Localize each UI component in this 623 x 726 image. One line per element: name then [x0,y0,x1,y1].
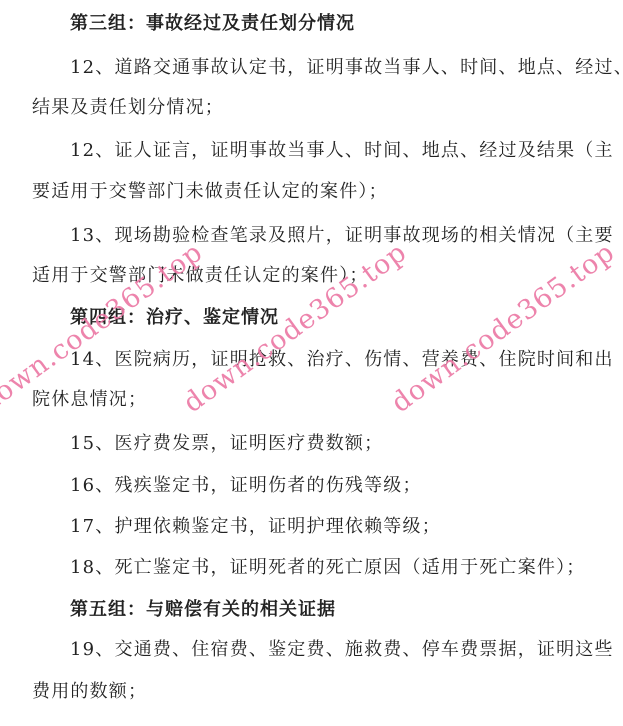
section-heading-group-3: 第三组：事故经过及责任划分情况 [0,9,623,39]
evidence-item-16-disability-appraisal: 16、残疾鉴定书，证明伤者的伤残等级； [0,471,623,501]
evidence-item-14-medical-record: 14、医院病历，证明抢救、治疗、伤情、营养费、住院时间和出 [0,345,623,375]
evidence-item-13-scene-record: 13、现场勘验检查笔录及照片，证明事故现场的相关情况（主要 [0,221,623,251]
evidence-item-15-medical-invoice: 15、医疗费发票，证明医疗费数额； [0,429,623,459]
document-page: 第三组：事故经过及责任划分情况 12、道路交通事故认定书，证明事故当事人、时间、… [0,0,623,726]
evidence-item-12-accident-report: 12、道路交通事故认定书，证明事故当事人、时间、地点、经过、 [0,53,623,83]
evidence-item-19-expense-receipts-cont: 费用的数额； [0,677,623,707]
evidence-item-14-medical-record-cont: 院休息情况； [0,385,623,415]
evidence-item-12-witness-cont: 要适用于交警部门未做责任认定的案件）； [0,177,623,207]
evidence-item-17-nursing-appraisal: 17、护理依赖鉴定书，证明护理依赖等级； [0,512,623,542]
evidence-item-18-death-appraisal: 18、死亡鉴定书，证明死者的死亡原因（适用于死亡案件）； [0,553,623,583]
evidence-item-13-scene-record-cont: 适用于交警部门未做责任认定的案件）； [0,261,623,291]
evidence-item-12-witness: 12、证人证言，证明事故当事人、时间、地点、经过及结果（主 [0,136,623,166]
section-heading-group-5: 第五组：与赔偿有关的相关证据 [0,595,623,625]
evidence-item-19-expense-receipts: 19、交通费、住宿费、鉴定费、施救费、停车费票据，证明这些 [0,635,623,665]
evidence-item-12-accident-report-cont: 结果及责任划分情况； [0,93,623,123]
section-heading-group-4: 第四组：治疗、鉴定情况 [0,303,623,333]
